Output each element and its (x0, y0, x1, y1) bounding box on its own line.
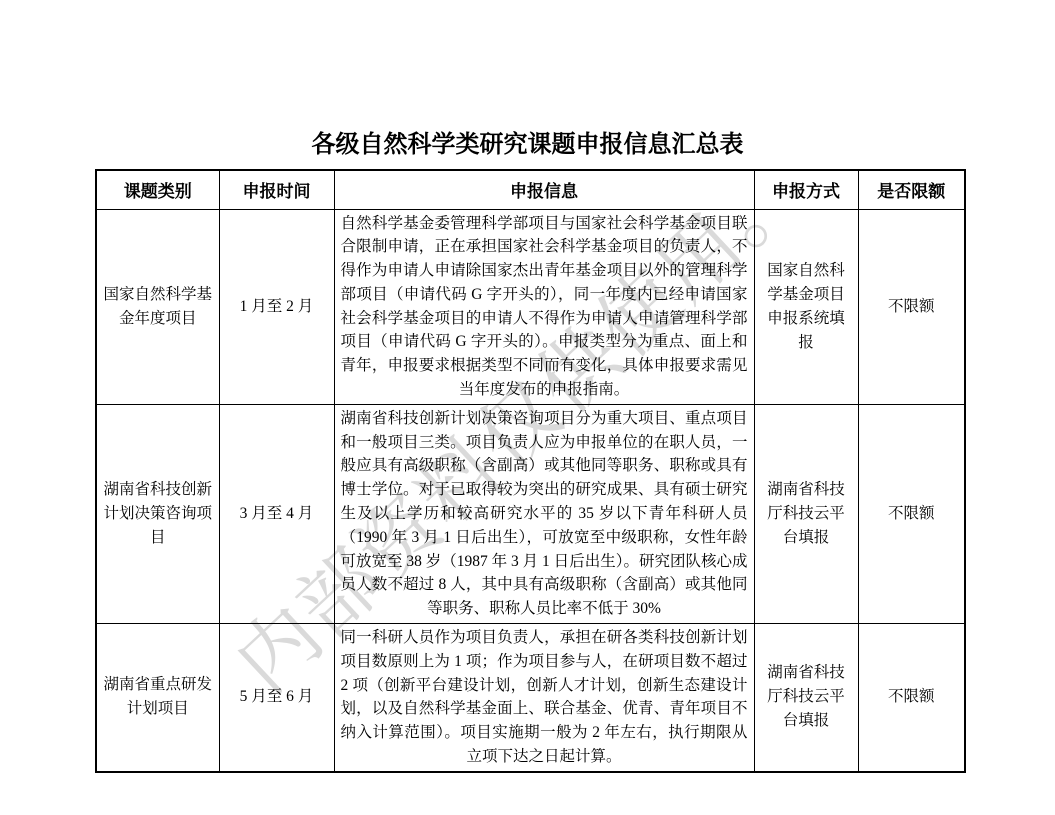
header-info: 申报信息 (334, 170, 754, 209)
cell-quota: 不限额 (858, 404, 965, 623)
cell-method: 湖南省科技厅科技云平台填报 (754, 624, 858, 772)
cell-info: 同一科研人员作为项目负责人，承担在研各类科技创新计划项目数原则上为 1 项；作为… (334, 624, 754, 772)
cell-category: 湖南省科技创新计划决策咨询项目 (96, 404, 219, 623)
page-title: 各级自然科学类研究课题申报信息汇总表 (0, 124, 1055, 159)
table-row: 湖南省科技创新计划决策咨询项目 3 月至 4 月 湖南省科技创新计划决策咨询项目… (96, 404, 965, 623)
header-quota: 是否限额 (858, 170, 965, 209)
summary-table: 课题类别 申报时间 申报信息 申报方式 是否限额 国家自然科学基金年度项目 1 … (95, 169, 966, 773)
cell-info: 湖南省科技创新计划决策咨询项目分为重大项目、重点项目和一般项目三类。项目负责人应… (334, 404, 754, 623)
cell-category: 湖南省重点研发计划项目 (96, 624, 219, 772)
cell-method: 国家自然科学基金项目申报系统填报 (754, 209, 858, 404)
cell-category: 国家自然科学基金年度项目 (96, 209, 219, 404)
header-method: 申报方式 (754, 170, 858, 209)
header-row: 课题类别 申报时间 申报信息 申报方式 是否限额 (96, 170, 965, 209)
header-category: 课题类别 (96, 170, 219, 209)
table-row: 湖南省重点研发计划项目 5 月至 6 月 同一科研人员作为项目负责人，承担在研各… (96, 624, 965, 772)
header-time: 申报时间 (219, 170, 334, 209)
cell-time: 3 月至 4 月 (219, 404, 334, 623)
table-row: 国家自然科学基金年度项目 1 月至 2 月 自然科学基金委管理科学部项目与国家社… (96, 209, 965, 404)
cell-time: 1 月至 2 月 (219, 209, 334, 404)
cell-info: 自然科学基金委管理科学部项目与国家社会科学基金项目联合限制申请，正在承担国家社会… (334, 209, 754, 404)
cell-method: 湖南省科技厅科技云平台填报 (754, 404, 858, 623)
cell-quota: 不限额 (858, 209, 965, 404)
cell-time: 5 月至 6 月 (219, 624, 334, 772)
cell-quota: 不限额 (858, 624, 965, 772)
document-page: 内部资料仅供使用。 各级自然科学类研究课题申报信息汇总表 课题类别 申报时间 申… (0, 0, 1055, 815)
